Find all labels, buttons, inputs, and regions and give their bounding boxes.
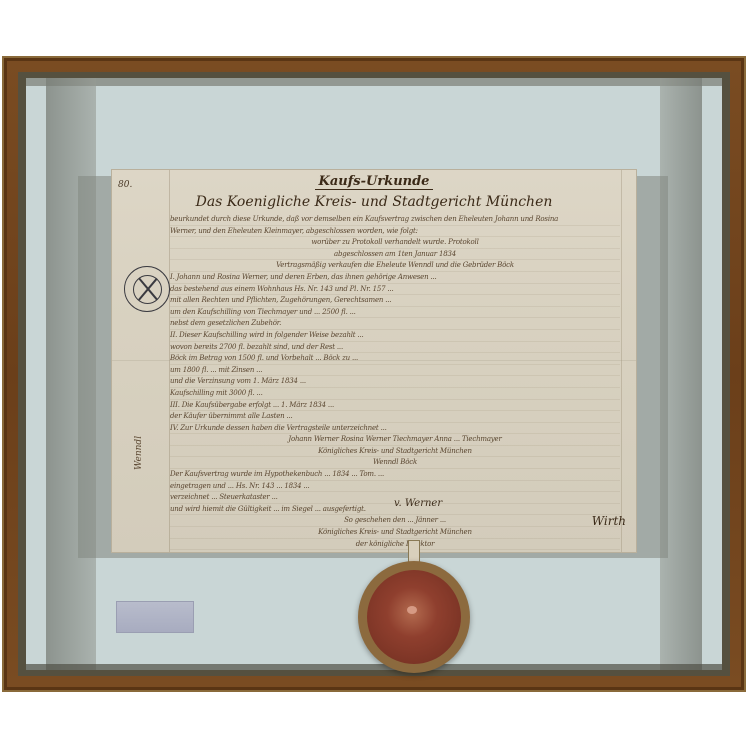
text-line: Kaufschilling mit 3000 fl. ... [170, 388, 620, 400]
text-line: wovon bereits 2700 fl. bezahlt sind, und… [170, 342, 620, 354]
text-line: das bestehend aus einem Wohnhaus Hs. Nr.… [170, 284, 620, 296]
text-line: der Käufer übernimmt alle Lasten ... [170, 411, 620, 423]
signature-right: Wirth [592, 514, 626, 528]
seal-wax [367, 570, 461, 664]
text-line: beurkundet durch diese Urkunde, daß vor … [170, 214, 620, 226]
text-line: nebst dem gesetzlichen Zubehör. [170, 318, 620, 330]
glass-shadow-bottom [26, 664, 722, 670]
text-line: I. Johann und Rosina Werner, und deren E… [170, 272, 620, 284]
text-line: Werner, und den Eheleuten Kleinmayer, ab… [170, 226, 620, 238]
document-subtitle: Das Koenigliche Kreis- und Stadtgericht … [112, 194, 636, 210]
text-line: Der Kaufsvertrag wurde im Hypothekenbuch… [170, 469, 620, 481]
glass-shadow-top [26, 78, 722, 86]
text-line: Königliches Kreis- und Stadtgericht Münc… [170, 527, 620, 539]
text-line: Königliches Kreis- und Stadtgericht Münc… [170, 446, 620, 458]
ink-stamp-icon [124, 266, 170, 312]
museum-label [116, 601, 194, 633]
text-line: um 1800 fl. ... mit Zinsen ... [170, 365, 620, 377]
text-line: um den Kaufschilling von Tiechmayer und … [170, 307, 620, 319]
text-line: und die Verzinsung vom 1. März 1834 ... [170, 376, 620, 388]
right-margin-line [621, 170, 622, 552]
text-line: So geschehen den ... Jänner ... [170, 515, 620, 527]
text-line: abgeschlossen am 1ten Januar 1834 [170, 249, 620, 261]
text-line: Wenndl Böck [170, 457, 620, 469]
signature-center: v. Werner [394, 498, 442, 509]
deed-document: 80. Kaufs-Urkunde Das Koenigliche Kreis-… [112, 170, 636, 552]
text-line: Vertragsmäßig verkaufen die Eheleute Wen… [170, 260, 620, 272]
text-line: der königliche Direktor [170, 539, 620, 551]
text-line: III. Die Kaufsübergabe erfolgt ... 1. Mä… [170, 400, 620, 412]
text-line: IV. Zur Urkunde dessen haben die Vertrag… [170, 423, 620, 435]
margin-signature: Wenndl [134, 436, 144, 470]
text-line: worüber zu Protokoll verhandelt wurde. P… [170, 237, 620, 249]
text-line: mit allen Rechten und Pflichten, Zugehör… [170, 295, 620, 307]
text-line: Johann Werner Rosina Werner Tiechmayer A… [170, 434, 620, 446]
document-title: Kaufs-Urkunde [112, 174, 636, 189]
text-line: II. Dieser Kaufschilling wird in folgend… [170, 330, 620, 342]
text-line: eingetragen und ... Hs. Nr. 143 ... 1834… [170, 481, 620, 493]
wax-seal-icon [358, 561, 470, 673]
text-line: Böck im Betrag von 1500 fl. und Vorbehal… [170, 353, 620, 365]
